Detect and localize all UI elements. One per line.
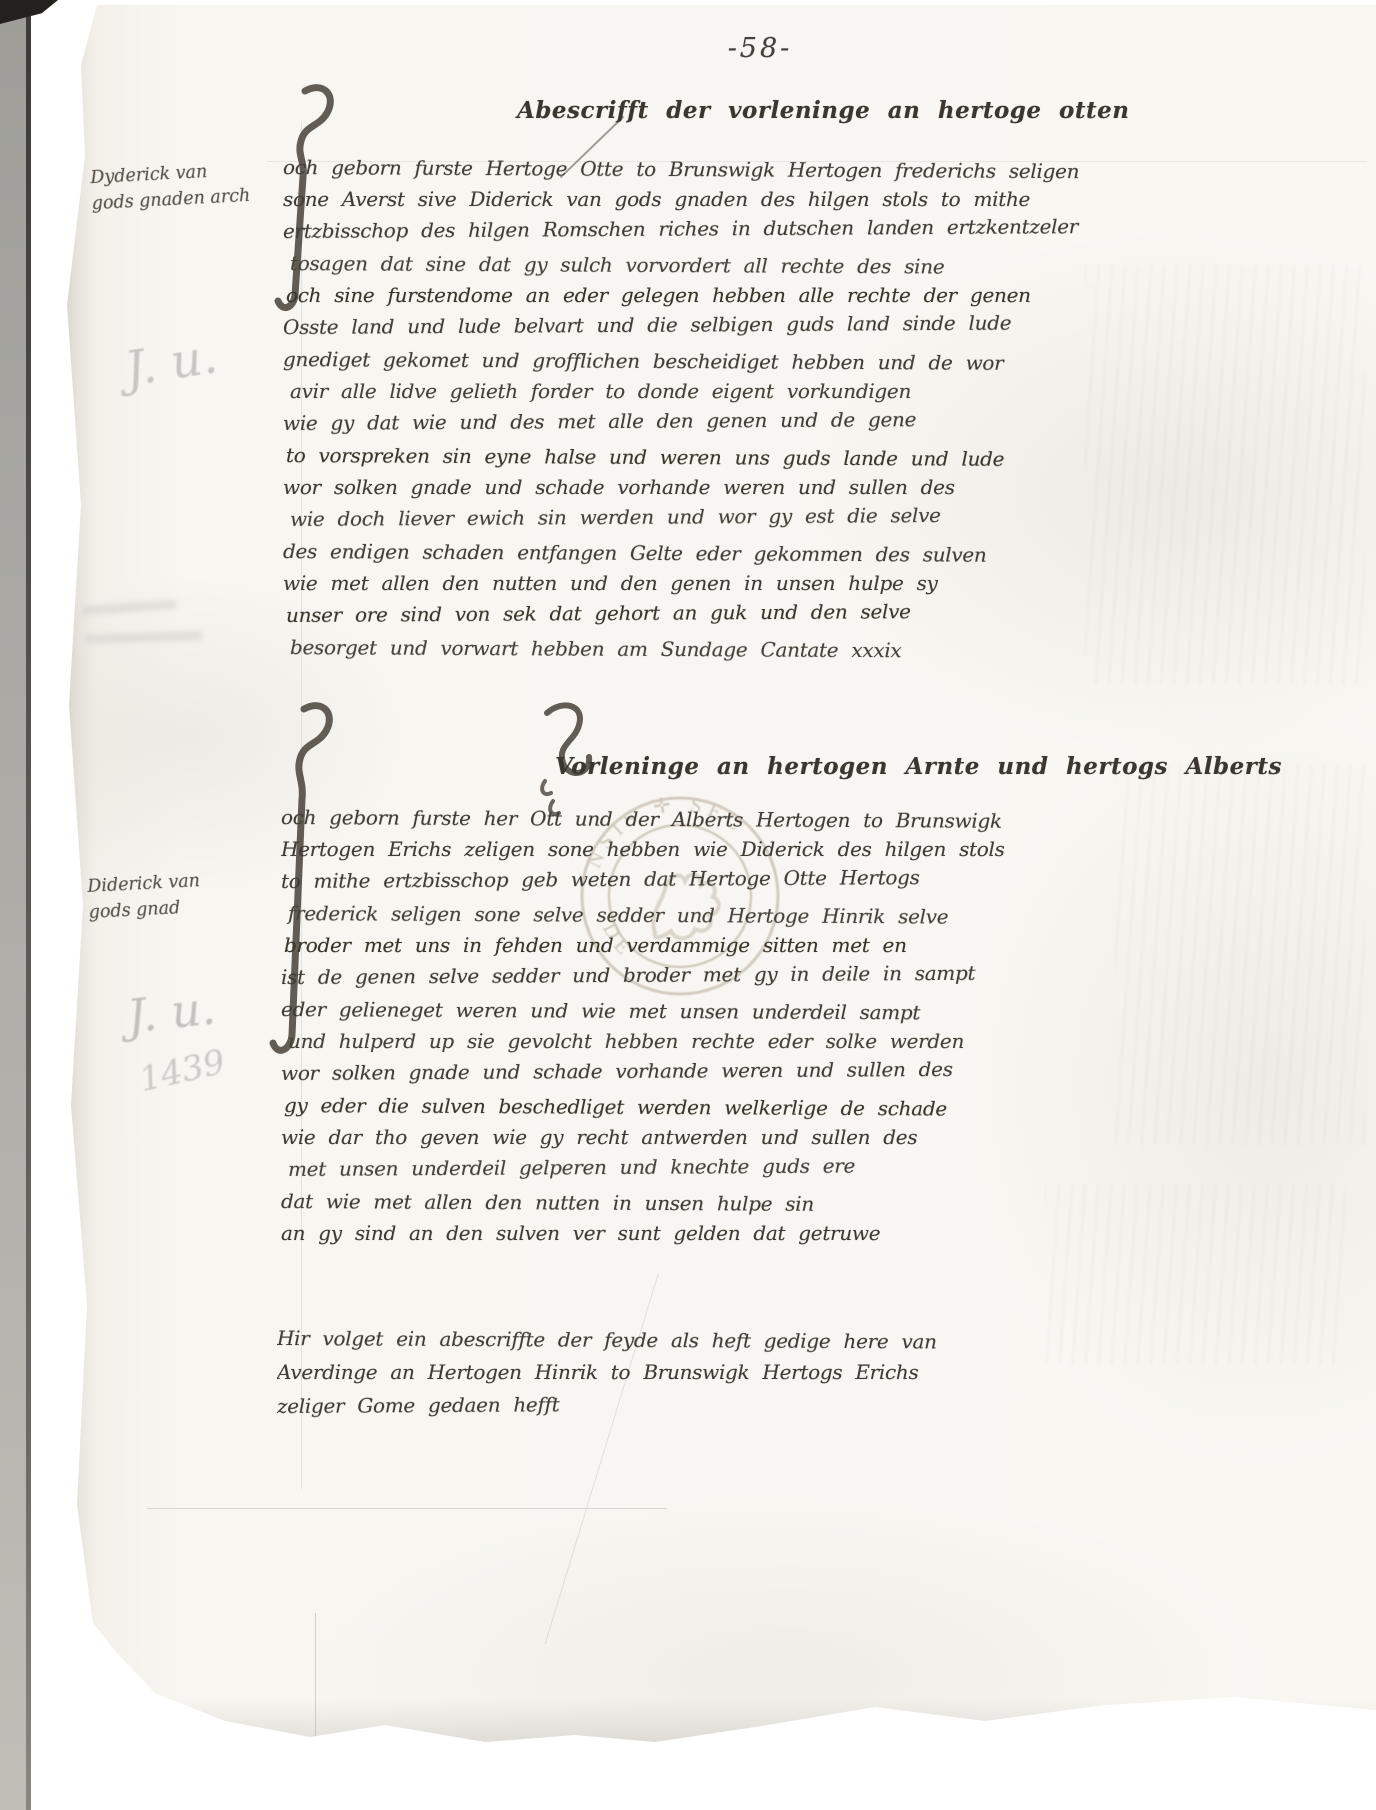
- faint-pencil-smudge: [81, 600, 177, 616]
- pencil-initials-1: J. u.: [121, 328, 221, 398]
- margin-note-1: Dyderick van gods gnaden arch: [90, 157, 251, 217]
- manuscript-scan: -58- Abescrifft der vorleninge an hertog…: [0, 0, 1376, 1810]
- text-block-closing: Hir volget ein abescriffte der feyde als…: [277, 1321, 1077, 1433]
- paper-deckle-edge-bottom: [55, 1699, 1376, 1745]
- manuscript-text-line: wie gy dat wie und des met alle den gene…: [283, 402, 1163, 439]
- manuscript-text-line: wor solken gnade und schade vorhande wer…: [281, 1052, 1161, 1089]
- manuscript-text-line: Hir volget ein abescriffte der feyde als…: [277, 1321, 1077, 1359]
- manuscript-text-line: unser ore sind von sek dat gehort an guk…: [283, 594, 1163, 631]
- document-heading: Abescrifft der vorleninge an hertoge ott…: [517, 97, 1129, 124]
- manuscript-text-line: an gy sind an den sulven ver sunt gelden…: [281, 1217, 1161, 1249]
- manuscript-text-line: besorget und vorwart hebben am Sundage C…: [283, 631, 1163, 668]
- manuscript-text-line: met unsen underdeil gelperen und knechte…: [281, 1148, 1161, 1185]
- faint-pencil-smudge: [85, 631, 203, 644]
- bottom-fold-crease: [315, 1613, 316, 1751]
- margin-note-line: gods gnad: [88, 894, 202, 926]
- manuscript-text-line: ertzbisschop des hilgen Romschen riches …: [283, 210, 1163, 247]
- paper-sheet: -58- Abescrifft der vorleninge an hertog…: [55, 5, 1376, 1745]
- manuscript-text-line: to mithe ertzbisschop geb weten dat Hert…: [281, 860, 1161, 897]
- binding-shadow-line: [26, 0, 31, 1810]
- pencil-rule-line: [147, 1508, 667, 1509]
- page-number: -58-: [675, 33, 845, 64]
- manuscript-text-line: wie doch liever ewich sin werden und wor…: [283, 498, 1163, 535]
- text-block-section-2: och geborn furste her Ott und der Albert…: [281, 801, 1161, 1267]
- scanner-edge-strip: [0, 0, 27, 1810]
- pencil-year-1439: 1439: [136, 1042, 229, 1100]
- text-block-section-1: och geborn furste Hertoge Otte to Brunsw…: [283, 151, 1163, 671]
- section-2-heading: Vorleninge an hertogen Arnte und hertogs…: [555, 753, 1282, 780]
- margin-note-2: Diderick van gods gnad: [87, 868, 202, 926]
- pencil-initials-2: J. u.: [124, 981, 218, 1044]
- manuscript-text-line: zeliger Gome gedaen hefft: [277, 1384, 1077, 1423]
- manuscript-text-line: Osste land und lude belvart und die selb…: [283, 306, 1163, 343]
- manuscript-text-line: ist de genen selve sedder und broder met…: [281, 956, 1161, 993]
